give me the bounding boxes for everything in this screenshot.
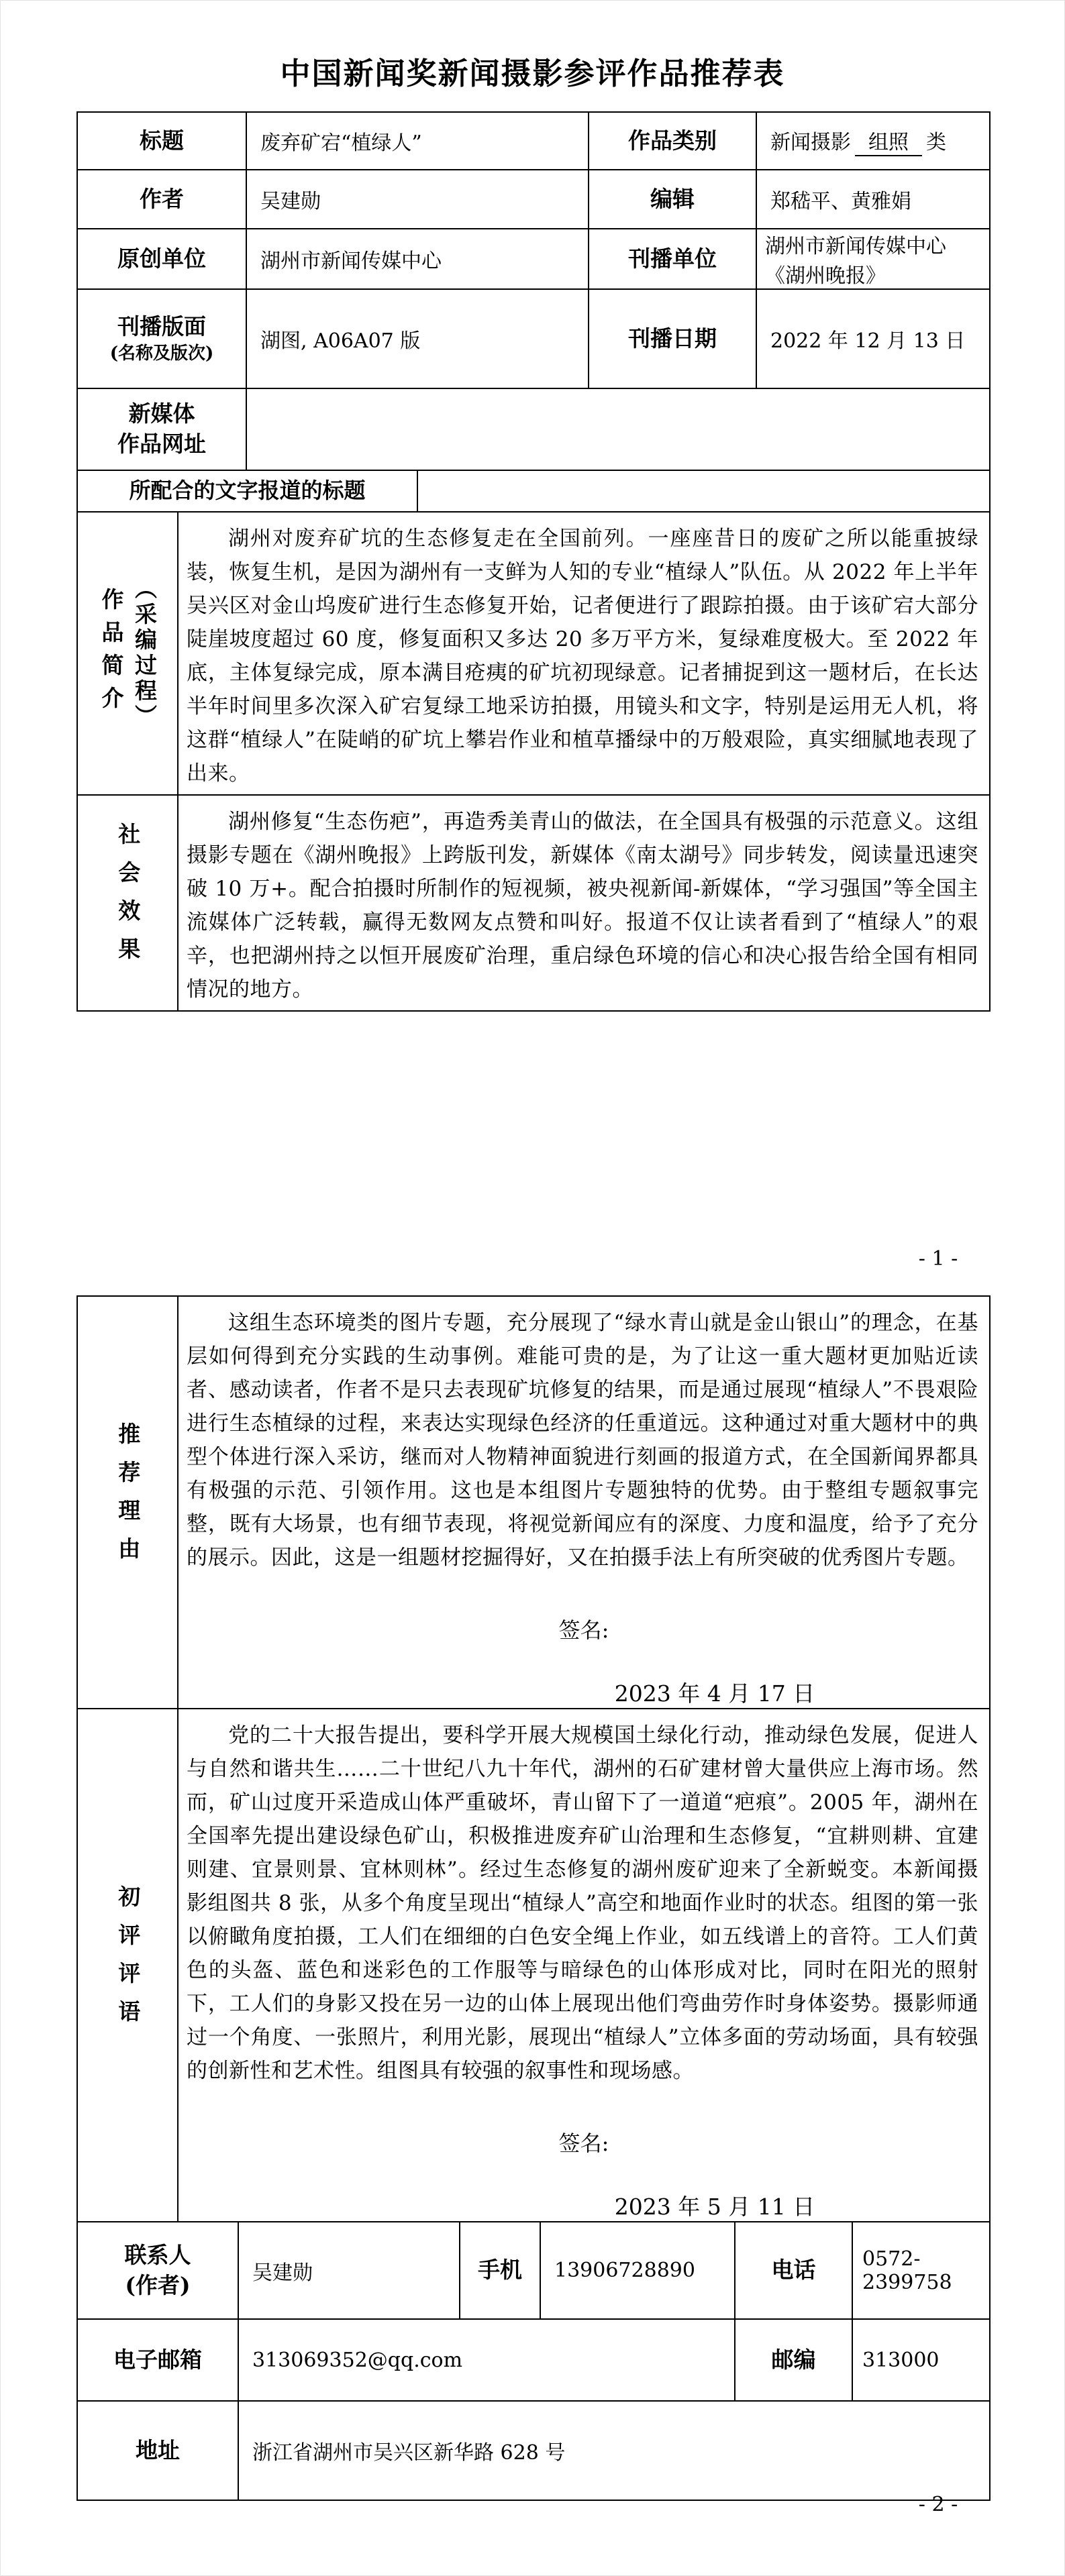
table-row: 电子邮箱 313069352@qq.com 邮编 313000 xyxy=(77,2319,990,2401)
address-value: 浙江省湖州市吴兴区新华路 628 号 xyxy=(238,2401,990,2500)
field-label-publisher: 刊播单位 xyxy=(589,229,756,289)
contact-person-label-line2: (作者) xyxy=(78,2271,238,2301)
review-signature-label: 签名: xyxy=(179,2127,989,2157)
intro-label-col2: （采编过程） xyxy=(130,577,160,730)
field-label-author: 作者 xyxy=(77,170,246,229)
table-row: 标题 废弃矿宕“植绿人” 作品类别 新闻摄影组照类 xyxy=(77,112,990,170)
opinion-table: 推荐理由 这组生态环境类的图片专题，充分展现了“绿水青山就是金山银山”的理念，在… xyxy=(77,1295,991,2222)
recommend-text: 这组生态环境类的图片专题，充分展现了“绿水青山就是金山银山”的理念，在基层如何得… xyxy=(179,1297,989,1578)
review-label-cell: 初评评语 xyxy=(77,1709,178,2222)
category-suffix: 类 xyxy=(926,131,946,154)
category-prefix: 新闻摄影 xyxy=(770,131,851,154)
mobile-value: 13906728890 xyxy=(540,2222,735,2319)
field-value-title: 废弃矿宕“植绿人” xyxy=(246,112,589,170)
field-value-editor: 郑嵇平、黄雅娟 xyxy=(756,170,990,229)
phone-label: 电话 xyxy=(735,2222,852,2319)
contact-table: 联系人 (作者) 吴建勋 手机 13906728890 电话 0572-2399… xyxy=(77,2221,991,2501)
table-row: 地址 浙江省湖州市吴兴区新华路 628 号 xyxy=(77,2401,990,2500)
recommend-signature-label: 签名: xyxy=(179,1613,989,1644)
social-vertical-label: 社会效果 xyxy=(113,822,143,975)
zip-value: 313000 xyxy=(852,2319,990,2401)
form-page-2: 推荐理由 这组生态环境类的图片专题，充分展现了“绿水青山就是金山银山”的理念，在… xyxy=(77,1295,989,2501)
table-row: 新媒体 作品网址 xyxy=(77,388,990,470)
field-label-textreport: 所配合的文字报道的标题 xyxy=(77,470,417,512)
field-label-layout: 刊播版面 (名称及版次) xyxy=(77,289,246,388)
textreport-table: 所配合的文字报道的标题 xyxy=(77,470,991,513)
field-label-newmedia: 新媒体 作品网址 xyxy=(77,388,246,470)
field-label-origin: 原创单位 xyxy=(77,229,246,289)
intro-text-cell: 湖州对废弃矿坑的生态修复走在全国前列。一座座昔日的废矿之所以能重披绿装，恢复生机… xyxy=(178,512,990,795)
social-label-cell: 社会效果 xyxy=(77,795,178,1011)
form-page-1: 标题 废弃矿宕“植绿人” 作品类别 新闻摄影组照类 作者 吴建勋 编辑 郑嵇平、… xyxy=(77,111,989,1012)
field-label-editor: 编辑 xyxy=(589,170,756,229)
field-value-layout: 湖图, A06A07 版 xyxy=(246,289,589,388)
recommend-vertical-label: 推荐理由 xyxy=(113,1422,143,1575)
intro-text: 湖州对废弃矿坑的生态修复走在全国前列。一座座昔日的废矿之所以能重披绿装，恢复生机… xyxy=(179,513,989,794)
field-value-newmedia xyxy=(246,388,990,470)
table-row: 所配合的文字报道的标题 xyxy=(77,470,990,512)
recommend-signature-date: 2023 年 4 月 17 日 xyxy=(179,1676,989,1708)
zip-label: 邮编 xyxy=(735,2319,852,2401)
intro-label-cell: 作品简介 （采编过程） xyxy=(77,512,178,795)
field-value-author: 吴建勋 xyxy=(246,170,589,229)
phone-value: 0572-2399758 xyxy=(852,2222,990,2319)
field-value-category: 新闻摄影组照类 xyxy=(756,112,990,170)
field-label-title: 标题 xyxy=(77,112,246,170)
review-vertical-label: 初评评语 xyxy=(113,1885,143,2038)
field-value-origin: 湖州市新闻传媒中心 xyxy=(246,229,589,289)
social-text-cell: 湖州修复“生态伤疤”，再造秀美青山的做法，在全国具有极强的示范意义。这组摄影专题… xyxy=(178,795,990,1011)
table-row: 作者 吴建勋 编辑 郑嵇平、黄雅娟 xyxy=(77,170,990,229)
document-page: 中国新闻奖新闻摄影参评作品推荐表 标题 废弃矿宕“植绿人” 作品类别 新闻摄影组… xyxy=(0,0,1065,2576)
field-label-date: 刊播日期 xyxy=(589,289,756,388)
field-label-category: 作品类别 xyxy=(589,112,756,170)
table-row: 刊播版面 (名称及版次) 湖图, A06A07 版 刊播日期 2022 年 12… xyxy=(77,289,990,388)
address-label: 地址 xyxy=(77,2401,238,2500)
contact-person-label: 联系人 (作者) xyxy=(77,2222,238,2319)
intro-label-col1: 作品简介 xyxy=(96,577,126,730)
newmedia-label-line1: 新媒体 xyxy=(78,399,246,429)
info-table: 标题 废弃矿宕“植绿人” 作品类别 新闻摄影组照类 作者 吴建勋 编辑 郑嵇平、… xyxy=(77,111,991,471)
review-text: 党的二十大报告提出，要科学开展大规模国土绿化行动，推动绿色发展，促进人与自然和谐… xyxy=(179,1709,989,2092)
review-signature-date: 2023 年 5 月 11 日 xyxy=(179,2190,989,2221)
intro-social-table: 作品简介 （采编过程） 湖州对废弃矿坑的生态修复走在全国前列。一座座昔日的废矿之… xyxy=(77,511,991,1012)
table-row: 初评评语 党的二十大报告提出，要科学开展大规模国土绿化行动，推动绿色发展，促进人… xyxy=(77,1709,990,2222)
email-value: 313069352@qq.com xyxy=(238,2319,735,2401)
layout-label-line1: 刊播版面 xyxy=(78,312,246,342)
social-text: 湖州修复“生态伤疤”，再造秀美青山的做法，在全国具有极强的示范意义。这组摄影专题… xyxy=(179,796,989,1010)
mobile-label: 手机 xyxy=(460,2222,540,2319)
email-label: 电子邮箱 xyxy=(77,2319,238,2401)
table-row: 作品简介 （采编过程） 湖州对废弃矿坑的生态修复走在全国前列。一座座昔日的废矿之… xyxy=(77,512,990,795)
field-value-publisher: 湖州市新闻传媒中心《湖州晚报》 xyxy=(756,229,990,289)
layout-label-line2: (名称及版次) xyxy=(78,342,246,366)
review-text-cell: 党的二十大报告提出，要科学开展大规模国土绿化行动，推动绿色发展，促进人与自然和谐… xyxy=(178,1709,990,2222)
contact-person-value: 吴建勋 xyxy=(238,2222,460,2319)
page-number-2: - 2 - xyxy=(888,2493,988,2516)
page-title: 中国新闻奖新闻摄影参评作品推荐表 xyxy=(1,49,1064,93)
contact-person-label-line1: 联系人 xyxy=(78,2241,238,2271)
table-row: 联系人 (作者) 吴建勋 手机 13906728890 电话 0572-2399… xyxy=(77,2222,990,2319)
field-value-textreport xyxy=(417,470,990,512)
page-number-1: - 1 - xyxy=(888,1247,988,1271)
field-value-date: 2022 年 12 月 13 日 xyxy=(756,289,990,388)
recommend-text-cell: 这组生态环境类的图片专题，充分展现了“绿水青山就是金山银山”的理念，在基层如何得… xyxy=(178,1296,990,1709)
category-underlined: 组照 xyxy=(855,131,922,156)
table-row: 原创单位 湖州市新闻传媒中心 刊播单位 湖州市新闻传媒中心《湖州晚报》 xyxy=(77,229,990,289)
table-row: 推荐理由 这组生态环境类的图片专题，充分展现了“绿水青山就是金山银山”的理念，在… xyxy=(77,1296,990,1709)
recommend-label-cell: 推荐理由 xyxy=(77,1296,178,1709)
intro-vertical-label: 作品简介 （采编过程） xyxy=(96,577,159,730)
newmedia-label-line2: 作品网址 xyxy=(78,429,246,460)
table-row: 社会效果 湖州修复“生态伤疤”，再造秀美青山的做法，在全国具有极强的示范意义。这… xyxy=(77,795,990,1011)
